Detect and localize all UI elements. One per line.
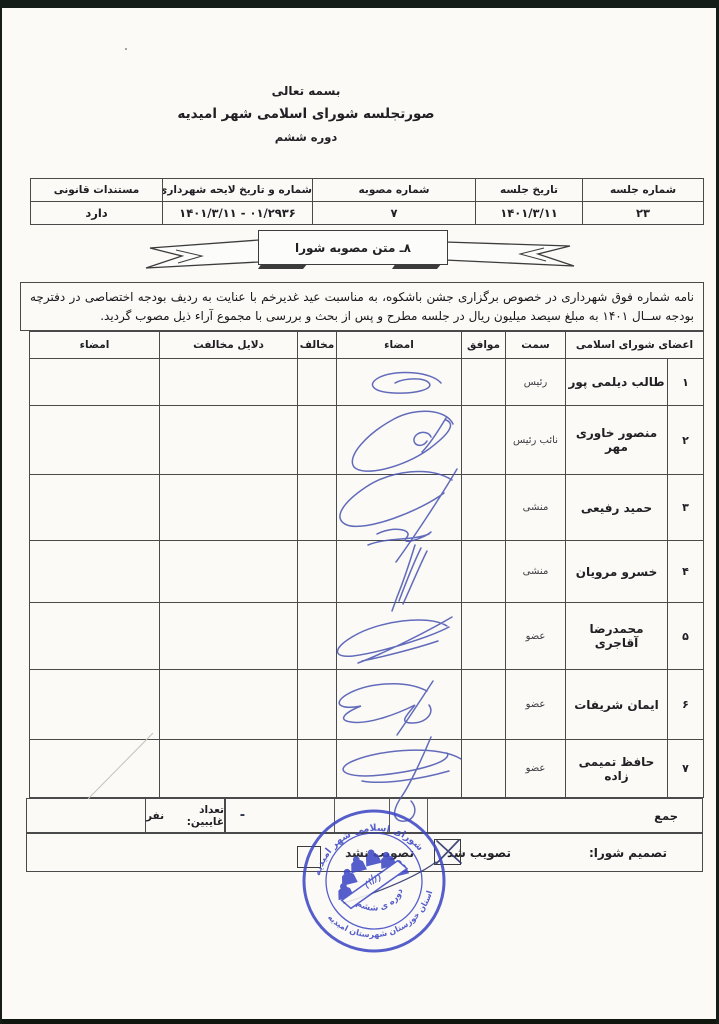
signature-cell — [337, 740, 462, 798]
summary-header-session-date: تاریخ جلسه — [476, 179, 583, 202]
summary-value-legal-docs: دارد — [31, 202, 163, 225]
decision-row: تصمیم شورا: تصویب شد تصویب نشد — [26, 833, 703, 872]
disagree-reason-cell — [160, 603, 298, 670]
signature2-cell — [30, 740, 160, 798]
absentees-box: تعداد غایبین: نفر — [145, 798, 225, 833]
signature-cell — [337, 541, 462, 603]
signature2-cell — [30, 475, 160, 541]
rejected-checkbox — [297, 846, 321, 868]
summary-header-legal-docs: مستندات قانونی — [31, 179, 163, 202]
member-number-cell: ۲ — [668, 406, 704, 475]
member-name-cell: حافظ تمیمی زاده — [566, 740, 668, 798]
member-position-cell: عضو — [506, 603, 566, 670]
member-position-cell: نائب رئیس — [506, 406, 566, 475]
members-votes-table: اعضای شورای اسلامی سمت موافق امضاء مخالف… — [29, 331, 704, 798]
totals-divider — [334, 799, 335, 832]
agree-cell — [462, 740, 506, 798]
disagree-cell — [298, 740, 337, 798]
absentees-label: تعداد غایبین: — [176, 804, 224, 828]
member-name-cell: حمید رفیعی — [566, 475, 668, 541]
banner-title: ۸ـ متن مصوبه شورا — [258, 230, 448, 265]
member-position-cell: رئیس — [506, 359, 566, 406]
summary-value-bill-no-date: ۰۱/۲۹۳۶ - ۱۴۰۱/۳/۱۱ — [163, 202, 313, 225]
member-row: ۲ منصور خاوری مهر نائب رئیس — [30, 406, 704, 475]
signature2-cell — [30, 406, 160, 475]
members-header-position: سمت — [506, 332, 566, 359]
totals-row: جمع تعداد غایبین: نفر - — [26, 798, 703, 833]
approved-checkbox — [434, 839, 461, 865]
agree-cell — [462, 406, 506, 475]
absentees-value-cell: - — [225, 798, 259, 833]
members-header-disagree-reasons: دلایل مخالفت — [160, 332, 298, 359]
member-row: ۱ طالب دیلمی پور رئیس — [30, 359, 704, 406]
summary-value-resolution-no: ۷ — [313, 202, 476, 225]
member-row: ۶ ایمان شریفات عضو — [30, 670, 704, 740]
absentees-unit: نفر — [146, 810, 164, 822]
agree-cell — [462, 670, 506, 740]
disagree-reason-cell — [160, 541, 298, 603]
decision-label: تصمیم شورا: — [589, 834, 667, 871]
disagree-cell — [298, 359, 337, 406]
ribbon-left-tail — [146, 240, 259, 268]
disagree-reason-cell — [160, 670, 298, 740]
signature-cell — [337, 670, 462, 740]
member-position-cell: منشی — [506, 541, 566, 603]
totals-label: جمع — [654, 799, 678, 832]
scan-edge-left — [0, 0, 2, 1024]
member-position-cell: عضو — [506, 740, 566, 798]
agree-cell — [462, 603, 506, 670]
agree-cell — [462, 541, 506, 603]
disagree-reason-cell — [160, 406, 298, 475]
summary-header-session-no: شماره جلسه — [583, 179, 704, 202]
totals-divider — [427, 799, 428, 832]
member-row: ۷ حافظ تمیمی زاده عضو — [30, 740, 704, 798]
document-title: صورتجلسه شورای اسلامی شهر امیدیه — [0, 106, 612, 122]
members-header-row: اعضای شورای اسلامی سمت موافق امضاء مخالف… — [30, 332, 704, 359]
stamp-center-text: دوره ی ششم — [352, 885, 410, 919]
member-number-cell: ۵ — [668, 603, 704, 670]
disagree-cell — [298, 603, 337, 670]
agree-cell — [462, 475, 506, 541]
members-header-signature2: امضاء — [30, 332, 160, 359]
term-line: دوره ششم — [0, 130, 612, 144]
member-row: ۳ حمید رفیعی منشی — [30, 475, 704, 541]
member-name-cell: خسرو مرویان — [566, 541, 668, 603]
member-number-cell: ۶ — [668, 670, 704, 740]
member-name-cell: منصور خاوری مهر — [566, 406, 668, 475]
signature2-cell — [30, 603, 160, 670]
disagree-reason-cell — [160, 475, 298, 541]
member-position-cell: عضو — [506, 670, 566, 740]
resolution-text-box: نامه شماره فوق شهرداری در خصوص برگزاری ج… — [20, 282, 704, 331]
member-name-cell: محمدرضا آقاجری — [566, 603, 668, 670]
ribbon-right-tail — [445, 242, 574, 266]
signature2-cell — [30, 670, 160, 740]
member-position-cell: منشی — [506, 475, 566, 541]
summary-header-row: شماره جلسه تاریخ جلسه شماره مصوبه شماره … — [31, 179, 704, 202]
member-number-cell: ۱ — [668, 359, 704, 406]
member-number-cell: ۴ — [668, 541, 704, 603]
member-number-cell: ۳ — [668, 475, 704, 541]
summary-value-session-date: ۱۴۰۱/۳/۱۱ — [476, 202, 583, 225]
signature-cell — [337, 406, 462, 475]
members-header-disagree: مخالف — [298, 332, 337, 359]
members-header-members: اعضای شورای اسلامی — [566, 332, 704, 359]
signature-cell — [337, 359, 462, 406]
summary-value-row: ۲۳ ۱۴۰۱/۳/۱۱ ۷ ۰۱/۲۹۳۶ - ۱۴۰۱/۳/۱۱ دارد — [31, 202, 704, 225]
members-header-agree: موافق — [462, 332, 506, 359]
member-name-cell: طالب دیلمی پور — [566, 359, 668, 406]
disagree-cell — [298, 475, 337, 541]
disagree-reason-cell — [160, 359, 298, 406]
stamp-emblem — [364, 873, 382, 889]
summary-value-session-no: ۲۳ — [583, 202, 704, 225]
member-row: ۴ خسرو مرویان منشی — [30, 541, 704, 603]
member-name-cell: ایمان شریفات — [566, 670, 668, 740]
scan-speck — [125, 48, 127, 50]
rejected-label: تصویب نشد — [345, 834, 414, 871]
agree-cell — [462, 359, 506, 406]
scan-edge-top — [0, 0, 719, 8]
signature2-cell — [30, 541, 160, 603]
disagree-cell — [298, 406, 337, 475]
disagree-cell — [298, 670, 337, 740]
bismillah-line: بسمه تعالی — [0, 84, 612, 98]
disagree-cell — [298, 541, 337, 603]
scan-edge-bottom — [0, 1019, 719, 1024]
signature-cell — [337, 475, 462, 541]
totals-divider — [389, 799, 390, 832]
summary-header-bill-no-date: شماره و تاریخ لایحه شهرداری — [163, 179, 313, 202]
summary-header-resolution-no: شماره مصوبه — [313, 179, 476, 202]
signature-cell — [337, 603, 462, 670]
members-header-signature: امضاء — [337, 332, 462, 359]
disagree-reason-cell — [160, 740, 298, 798]
document-header: بسمه تعالی صورتجلسه شورای اسلامی شهر امی… — [0, 84, 612, 144]
member-row: ۵ محمدرضا آقاجری عضو — [30, 603, 704, 670]
signature2-cell — [30, 359, 160, 406]
stamp-bottom-text: استان خوزستان شهرستان امیدیه — [325, 887, 443, 950]
session-summary-table: شماره جلسه تاریخ جلسه شماره مصوبه شماره … — [30, 178, 704, 225]
member-number-cell: ۷ — [668, 740, 704, 798]
